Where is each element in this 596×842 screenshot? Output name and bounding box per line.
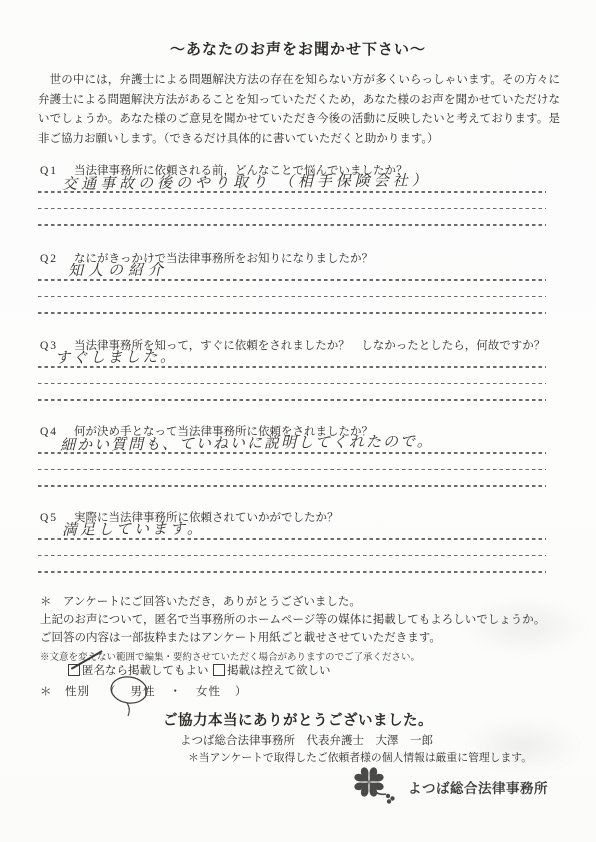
answer-line <box>38 312 546 314</box>
scan-artifact <box>460 596 590 656</box>
answer-line <box>38 383 546 385</box>
checkbox-label: 掲載は控えて欲しい <box>227 662 331 678</box>
handwritten-answer: 満足しています。 <box>62 517 205 539</box>
answer-line <box>38 296 546 298</box>
answer-line <box>38 469 546 471</box>
answer-line <box>38 208 546 210</box>
answer-line <box>38 485 546 487</box>
publish-permission-detail: ご回答の内容は一部抜粋またはアンケート用紙ごと載せさせていただきます。 <box>40 629 441 645</box>
form-title: ～あなたのお声をお聞かせ下さい～ <box>0 38 596 59</box>
handwritten-answer: 知人の紹介 <box>68 258 168 280</box>
publish-choice-row: 匿名なら掲載してもよい 掲載は控えて欲しい <box>0 661 596 679</box>
handwritten-answer: すぐしました。 <box>55 345 178 367</box>
gender-label: ＊ 性別 <box>40 686 90 698</box>
question-block: Q1当法律事務所に依頼される前，どんなことで悩んでいましたか？ 交通事故の後のや… <box>40 162 556 230</box>
four-leaf-clover-icon <box>350 762 402 810</box>
scan-artifact <box>465 718 580 773</box>
question-block: Q5実際に当法律事務所に依頼されていかがでしたか？ 満足しています。 <box>40 509 556 577</box>
gender-separator: ・ <box>170 686 183 698</box>
question-block: Q3当法律事務所を知って，すぐに依頼をされましたか？ しなかったとしたら，何故で… <box>40 337 556 405</box>
gender-paren-close: ） <box>235 686 248 698</box>
firm-logo-text: よつば総合法律事務所 <box>408 777 548 797</box>
survey-thanks-note: ＊ アンケートにご回答いただき，ありがとうございました。 <box>40 593 361 609</box>
gender-option-female: 女性 <box>196 686 221 698</box>
answer-line <box>38 366 546 368</box>
answer-line <box>38 452 546 454</box>
answer-line <box>38 279 546 281</box>
answer-line <box>38 571 546 573</box>
answer-line <box>38 191 546 193</box>
question-block: Q4何が決め手となって当法律事務所に依頼をされましたか？ 細かい質問も、ていねい… <box>40 423 556 491</box>
questionnaire-scan: ～あなたのお声をお聞かせ下さい～ 世の中には，弁護士による問題解決方法の存在を知… <box>0 0 596 842</box>
answer-line <box>38 399 546 401</box>
intro-paragraph: 世の中には，弁護士による問題解決方法の存在を知らない方が多くいらっしゃいます。そ… <box>38 71 560 149</box>
answer-line <box>38 555 546 557</box>
firm-representative-line: よつば総合法律事務所 代表弁護士 大澤 一郎 <box>180 732 433 748</box>
answer-line <box>38 224 546 226</box>
question-block: Q2なにがきっかけで当法律事務所をお知りになりましたか？ 知人の紹介 <box>40 250 556 318</box>
checkbox-decline-icon <box>213 664 225 676</box>
answer-line <box>38 538 546 540</box>
